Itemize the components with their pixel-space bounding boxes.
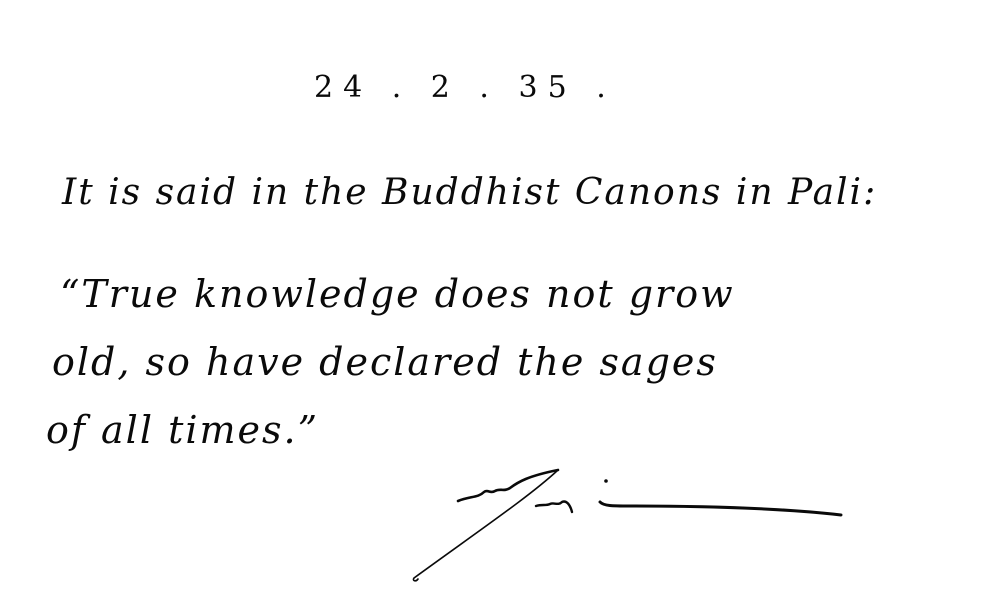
- quote-line-3: of all times.”: [46, 408, 319, 452]
- handwritten-note-page: 24 . 2 . 35 . It is said in the Buddhist…: [0, 0, 990, 616]
- intro-line: It is said in the Buddhist Canons in Pal…: [62, 172, 877, 213]
- note-date: 24 . 2 . 35 .: [314, 70, 616, 105]
- quote-line-1: “True knowledge does not grow: [60, 272, 735, 316]
- quote-line-2: old, so have declared the sages: [52, 340, 718, 384]
- signature-mark: handwritten signature: [400, 460, 860, 600]
